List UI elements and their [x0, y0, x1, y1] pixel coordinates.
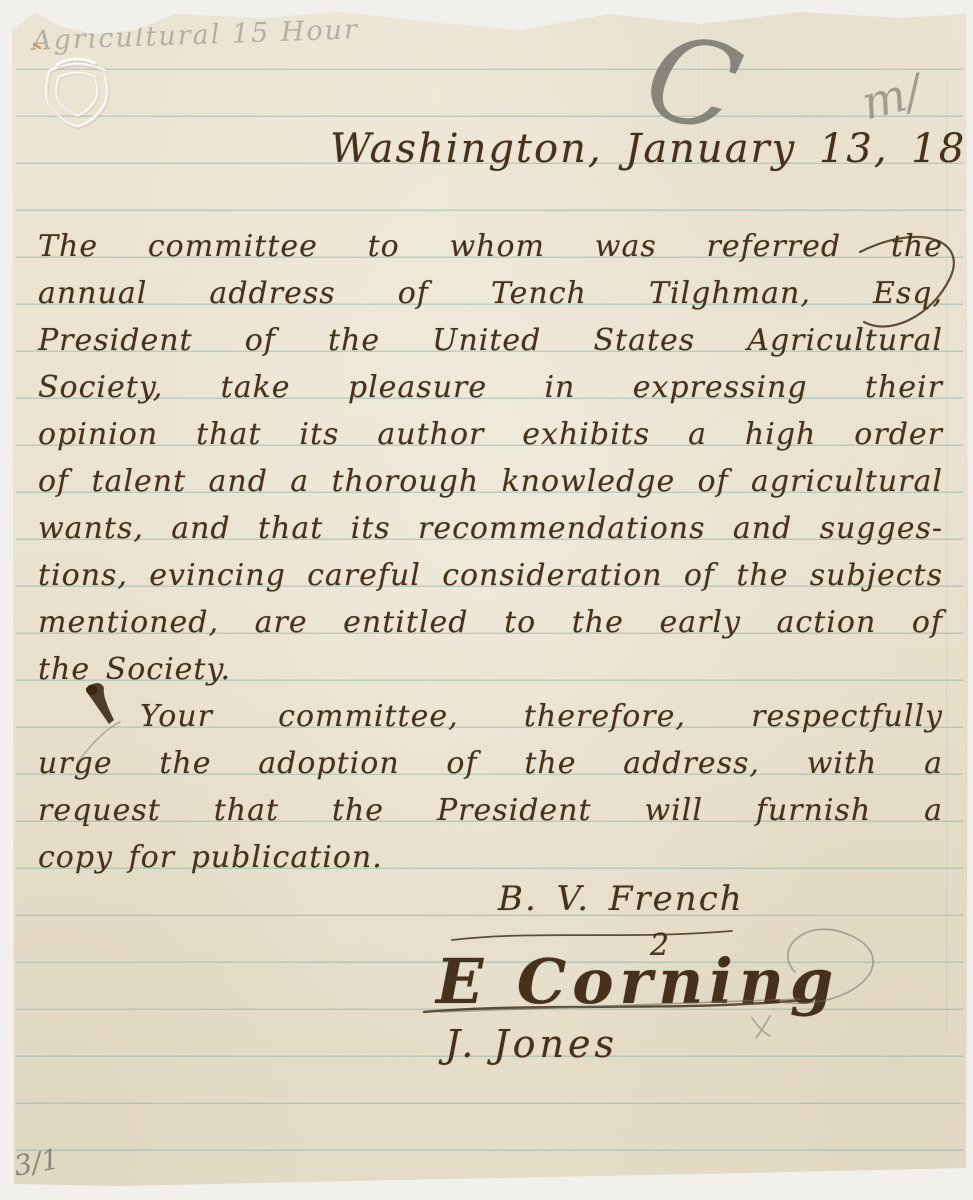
embossed-seal-icon: [36, 48, 120, 132]
body-line: Your committee, therefore, respectfully: [140, 698, 943, 738]
letter-paper: Agricultural 15 Hour C m/ 3/1 Washington…: [0, 0, 973, 1200]
scanned-letter-page: { "letter": { "dateline": "Washington, J…: [0, 0, 973, 1200]
body-line: opinion that its author exhibits a high …: [38, 416, 943, 456]
body-line: Society, take pleasure in expressing the…: [38, 369, 943, 409]
letter-dateline: Washington, January 13, 1859.: [330, 126, 973, 172]
body-line: wants, and that its recommendations and …: [38, 510, 943, 550]
signature-jones: J. Jones: [445, 1022, 618, 1066]
body-line: President of the United States Agricultu…: [38, 322, 943, 362]
body-line: urge the adoption of the address, with a: [38, 745, 943, 785]
body-line: annual address of Tench Tilghman, Esq,: [38, 275, 943, 315]
right-margin-line: [946, 80, 947, 1030]
body-line: mentioned, are entitled to the early act…: [38, 604, 943, 644]
body-line: request that the President will furnish …: [38, 792, 943, 832]
signature-corning: E Corning: [436, 945, 839, 1018]
body-line: The committee to whom was referred the: [38, 228, 943, 268]
body-line: of talent and a thorough knowledge of ag…: [38, 463, 943, 503]
body-line: copy for publication.: [38, 839, 943, 879]
pencil-mark-bottomleft: 3/1: [11, 1142, 61, 1182]
signature-french: B. V. French: [498, 879, 744, 919]
body-line: tions, evincing careful consideration of…: [38, 557, 943, 597]
body-line: the Society.: [38, 651, 943, 691]
